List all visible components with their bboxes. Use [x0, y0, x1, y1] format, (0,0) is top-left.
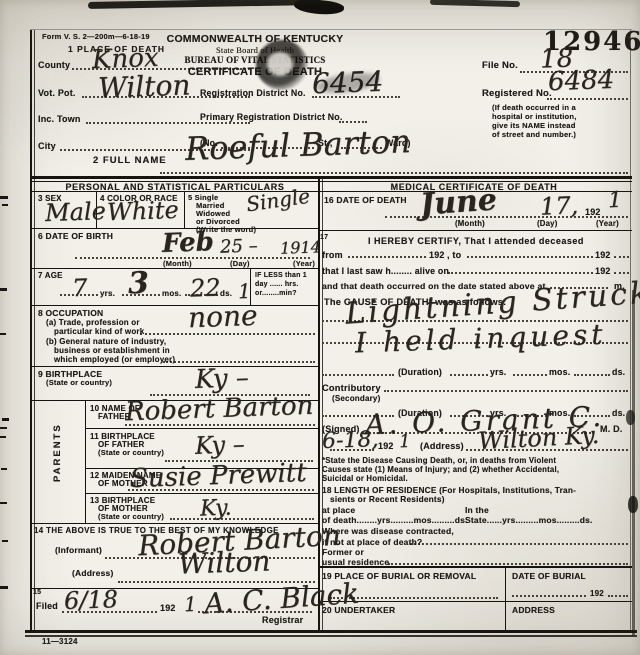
- usual-line: [388, 563, 628, 565]
- edge-blot-2: [628, 496, 638, 513]
- dob-label: 6 DATE OF BIRTH: [38, 231, 113, 241]
- hospital-note-4: of street and number.): [492, 130, 576, 139]
- border-right: [630, 30, 631, 631]
- margin-mark-2: [2, 204, 8, 206]
- hospital-note-2: hospital or institution,: [492, 112, 577, 121]
- father-value: Robert Barton: [125, 391, 314, 428]
- footnote-2: Causes state (1) Means of Injury; and (2…: [322, 465, 559, 474]
- dob-day-value: 25 –: [220, 235, 258, 257]
- if-less-label-3: or........min?: [255, 290, 297, 297]
- informant-addr-label: (Address): [72, 568, 113, 578]
- address-label: ADDRESS: [512, 605, 555, 615]
- border-left-inner: [34, 30, 35, 631]
- filed-year-value: 1: [184, 592, 198, 616]
- dur1-c: [513, 374, 547, 376]
- margin-mark-4: [0, 333, 6, 335]
- ink-blot-center-gap: [267, 52, 293, 76]
- filed-date-value: 6/18: [64, 585, 119, 615]
- rule-heavy-top: [30, 176, 632, 179]
- inc-town-line: [86, 122, 250, 124]
- sex-value: Male: [45, 197, 107, 227]
- age-mos-label: mos.: [162, 289, 181, 298]
- scan-smear-top-right: [430, 0, 520, 7]
- occupation-a2: particular kind of work: [54, 327, 144, 336]
- dob-year-value: 1914: [280, 237, 321, 257]
- age-label: 7 AGE: [38, 271, 63, 280]
- rule-r1: [318, 230, 632, 231]
- burial-192-line: [608, 595, 628, 597]
- age-days-value: 22: [190, 273, 222, 302]
- to-line: [467, 256, 593, 258]
- occupation-b3: which employed (or employer): [54, 355, 175, 364]
- city-label: City: [38, 141, 56, 151]
- parents-vertical-label: PARENTS: [52, 423, 63, 482]
- burial-192-label: 192: [590, 589, 604, 598]
- rule-bottom-heavy: [25, 630, 637, 633]
- dod-month-value: June: [419, 182, 498, 222]
- father-bp-label-3: (State or country): [98, 448, 164, 457]
- occupation-b1: (b) General nature of industry,: [46, 337, 166, 346]
- occupation-b2: business or establishment in: [54, 346, 170, 355]
- rule-l6: [85, 428, 319, 429]
- parents-strip-divider: [85, 400, 86, 523]
- in-the-label: In the: [465, 505, 489, 515]
- if-less-label-2: day ...... hrs.: [255, 281, 298, 288]
- registered-no-value: 6484: [547, 65, 614, 97]
- dob-month-sublabel: (Month): [163, 259, 192, 268]
- duration1-yrs: yrs.: [490, 367, 506, 377]
- certify-number: 17: [320, 234, 328, 241]
- state-line: State......yrs.........mos.........ds.: [465, 515, 593, 525]
- where-contracted-label: Where was disease contracted,: [322, 526, 454, 536]
- burial-divider: [505, 566, 506, 630]
- mother-bp-line: [170, 518, 314, 520]
- burial-date-label: DATE OF BURIAL: [512, 571, 586, 581]
- duration2-ds: ds.: [612, 408, 625, 418]
- to-192-line: [614, 256, 629, 258]
- birthplace-value: Ky –: [194, 363, 249, 395]
- last-saw-label: that I last saw h........ alive on: [322, 266, 449, 276]
- fullname-line: [160, 172, 628, 174]
- registered-no-line: [547, 98, 628, 100]
- dur1-b: [450, 374, 488, 376]
- mother-bp-value: Ky.: [200, 495, 232, 521]
- if-less-label-1: IF LESS than 1: [255, 272, 307, 279]
- scan-smear-top-center: [293, 0, 344, 17]
- margin-mark-1: [0, 196, 8, 199]
- plate-number: 11—3124: [42, 637, 78, 646]
- rule-l2: [30, 268, 319, 269]
- occupation-label: 8 OCCUPATION: [38, 308, 103, 318]
- bureau-title: BUREAU OF VITAL STATISTICS: [145, 55, 365, 65]
- informant-label: (Informant): [55, 545, 102, 555]
- margin-mark-8: [1, 468, 7, 470]
- dod-year-sublabel: (Year): [596, 219, 619, 228]
- duration1-mos: mos.: [549, 367, 570, 377]
- hospital-note-3: give its NAME instead: [492, 121, 576, 130]
- margin-mark-11: [0, 586, 8, 589]
- occupation-value: none: [187, 299, 258, 334]
- burial-date-line: [512, 595, 586, 597]
- margin-mark-3: [0, 288, 7, 291]
- at-place-label: at place: [322, 505, 355, 515]
- mother-bp-label-3: (State or country): [98, 512, 164, 521]
- signed-year-value: 1: [399, 431, 411, 452]
- contributory-line: [384, 390, 628, 392]
- dod-year-value: 1: [608, 188, 623, 213]
- footnote-3: Suicidal or Homicidal.: [322, 474, 408, 483]
- county-label: County: [38, 60, 70, 70]
- file-no-label: File No.: [482, 60, 518, 71]
- state-board-title: State Board of Health: [145, 45, 365, 55]
- informant-addr-value: Wilton: [177, 544, 270, 580]
- signed-addr-label: (Address): [420, 441, 464, 451]
- last-192-label: 192: [595, 266, 611, 276]
- hospital-note-1: (If death occurred in a: [492, 103, 576, 112]
- of-death-line: of death........yrs.........mos.........…: [322, 515, 468, 525]
- filed-label: Filed: [36, 601, 58, 611]
- last-192-line: [614, 272, 629, 274]
- rule-bottom-heavy2: [25, 635, 637, 637]
- filed-number: 15: [33, 589, 41, 596]
- form-number: Form V. S. 2—200m—6-18-19: [42, 32, 150, 41]
- footnote-1: *State the Disease Causing Death, or, in…: [322, 456, 556, 465]
- inc-town-label: Inc. Town: [38, 114, 81, 124]
- residence-label-2: sients or Recent Residents): [330, 494, 445, 504]
- scan-smear-top-left: [88, 0, 313, 9]
- dod-day-value: 17,: [540, 191, 579, 220]
- from-192-label: 192: [429, 250, 445, 260]
- fullname-value: Roeful Barton: [184, 122, 411, 168]
- age-yrs-label: yrs.: [100, 289, 115, 298]
- usual-label: usual residence: [322, 557, 389, 567]
- precinct-label: Vot. Pot.: [38, 88, 76, 98]
- contributory-label: Contributory: [322, 383, 381, 393]
- from-label: from: [322, 250, 343, 260]
- mother-value: Susie Prewitt: [130, 458, 308, 494]
- edge-blot-1: [626, 410, 635, 425]
- margin-mark-10: [2, 540, 8, 542]
- dod-label: 16 DATE OF DEATH: [324, 195, 407, 205]
- secondary-label: (Secondary): [332, 394, 380, 403]
- occupation-a1: (a) Trade, profession or: [46, 318, 140, 327]
- last-saw-line: [448, 272, 593, 274]
- border-top: [30, 29, 632, 30]
- certify-label: I HEREBY CERTIFY, That I attended deceas…: [368, 236, 584, 246]
- margin-mark-7: [0, 436, 6, 438]
- dob-month-value: Feb: [161, 227, 214, 259]
- duration1-label: (Duration): [398, 367, 442, 377]
- reg-district-label: Registration District No.: [200, 88, 306, 98]
- registered-no-label: Registered No.: [482, 88, 552, 99]
- age-years-value: 7: [72, 274, 88, 303]
- death-certificate-scan: Form V. S. 2—200m—6-18-19 1 PLACE OF DEA…: [0, 0, 640, 655]
- dur1-d: [574, 374, 610, 376]
- dod-month-sublabel: (Month): [455, 219, 485, 228]
- dob-year-sublabel: (Year): [293, 259, 315, 268]
- fullname-label: 2 FULL NAME: [93, 155, 167, 166]
- occ-a-line: [140, 333, 315, 335]
- registrar-label: Registrar: [262, 615, 303, 625]
- race-marital-divider: [184, 191, 185, 228]
- age-months-value: 3: [127, 266, 149, 302]
- rule-l3: [30, 305, 319, 306]
- dur1-a: [322, 374, 394, 376]
- signed-192-label: 192: [378, 441, 394, 451]
- to-192-label: 192: [595, 250, 611, 260]
- commonwealth-title: COMMONWEALTH OF KENTUCKY: [145, 33, 365, 45]
- birthplace-sublabel: (State or country): [46, 378, 112, 387]
- signed-date-value: 6-18,: [322, 427, 379, 454]
- rule-l8: [85, 493, 319, 494]
- border-left: [30, 30, 32, 631]
- rule-r3: [318, 601, 632, 602]
- to-label: , to: [447, 250, 461, 260]
- from-line: [348, 256, 426, 258]
- primary-reg-label: Primary Registration District No.: [200, 112, 343, 122]
- race-value: White: [107, 196, 180, 226]
- rule-l4: [30, 366, 319, 367]
- age-ds-label: ds.: [220, 289, 232, 298]
- precinct-value: Wilton: [97, 68, 190, 104]
- margin-mark-5: [2, 418, 9, 421]
- dod-192-label: 192: [585, 207, 601, 217]
- dob-day-sublabel: (Day): [230, 259, 250, 268]
- margin-mark-6: [0, 427, 7, 429]
- filed-192-label: 192: [160, 603, 176, 613]
- if-not-line: [410, 543, 628, 545]
- father-bp-value: Ky –: [195, 430, 246, 460]
- margin-mark-9: [0, 502, 7, 504]
- duration1-ds: ds.: [612, 367, 625, 377]
- border-right-shadow: [632, 290, 635, 635]
